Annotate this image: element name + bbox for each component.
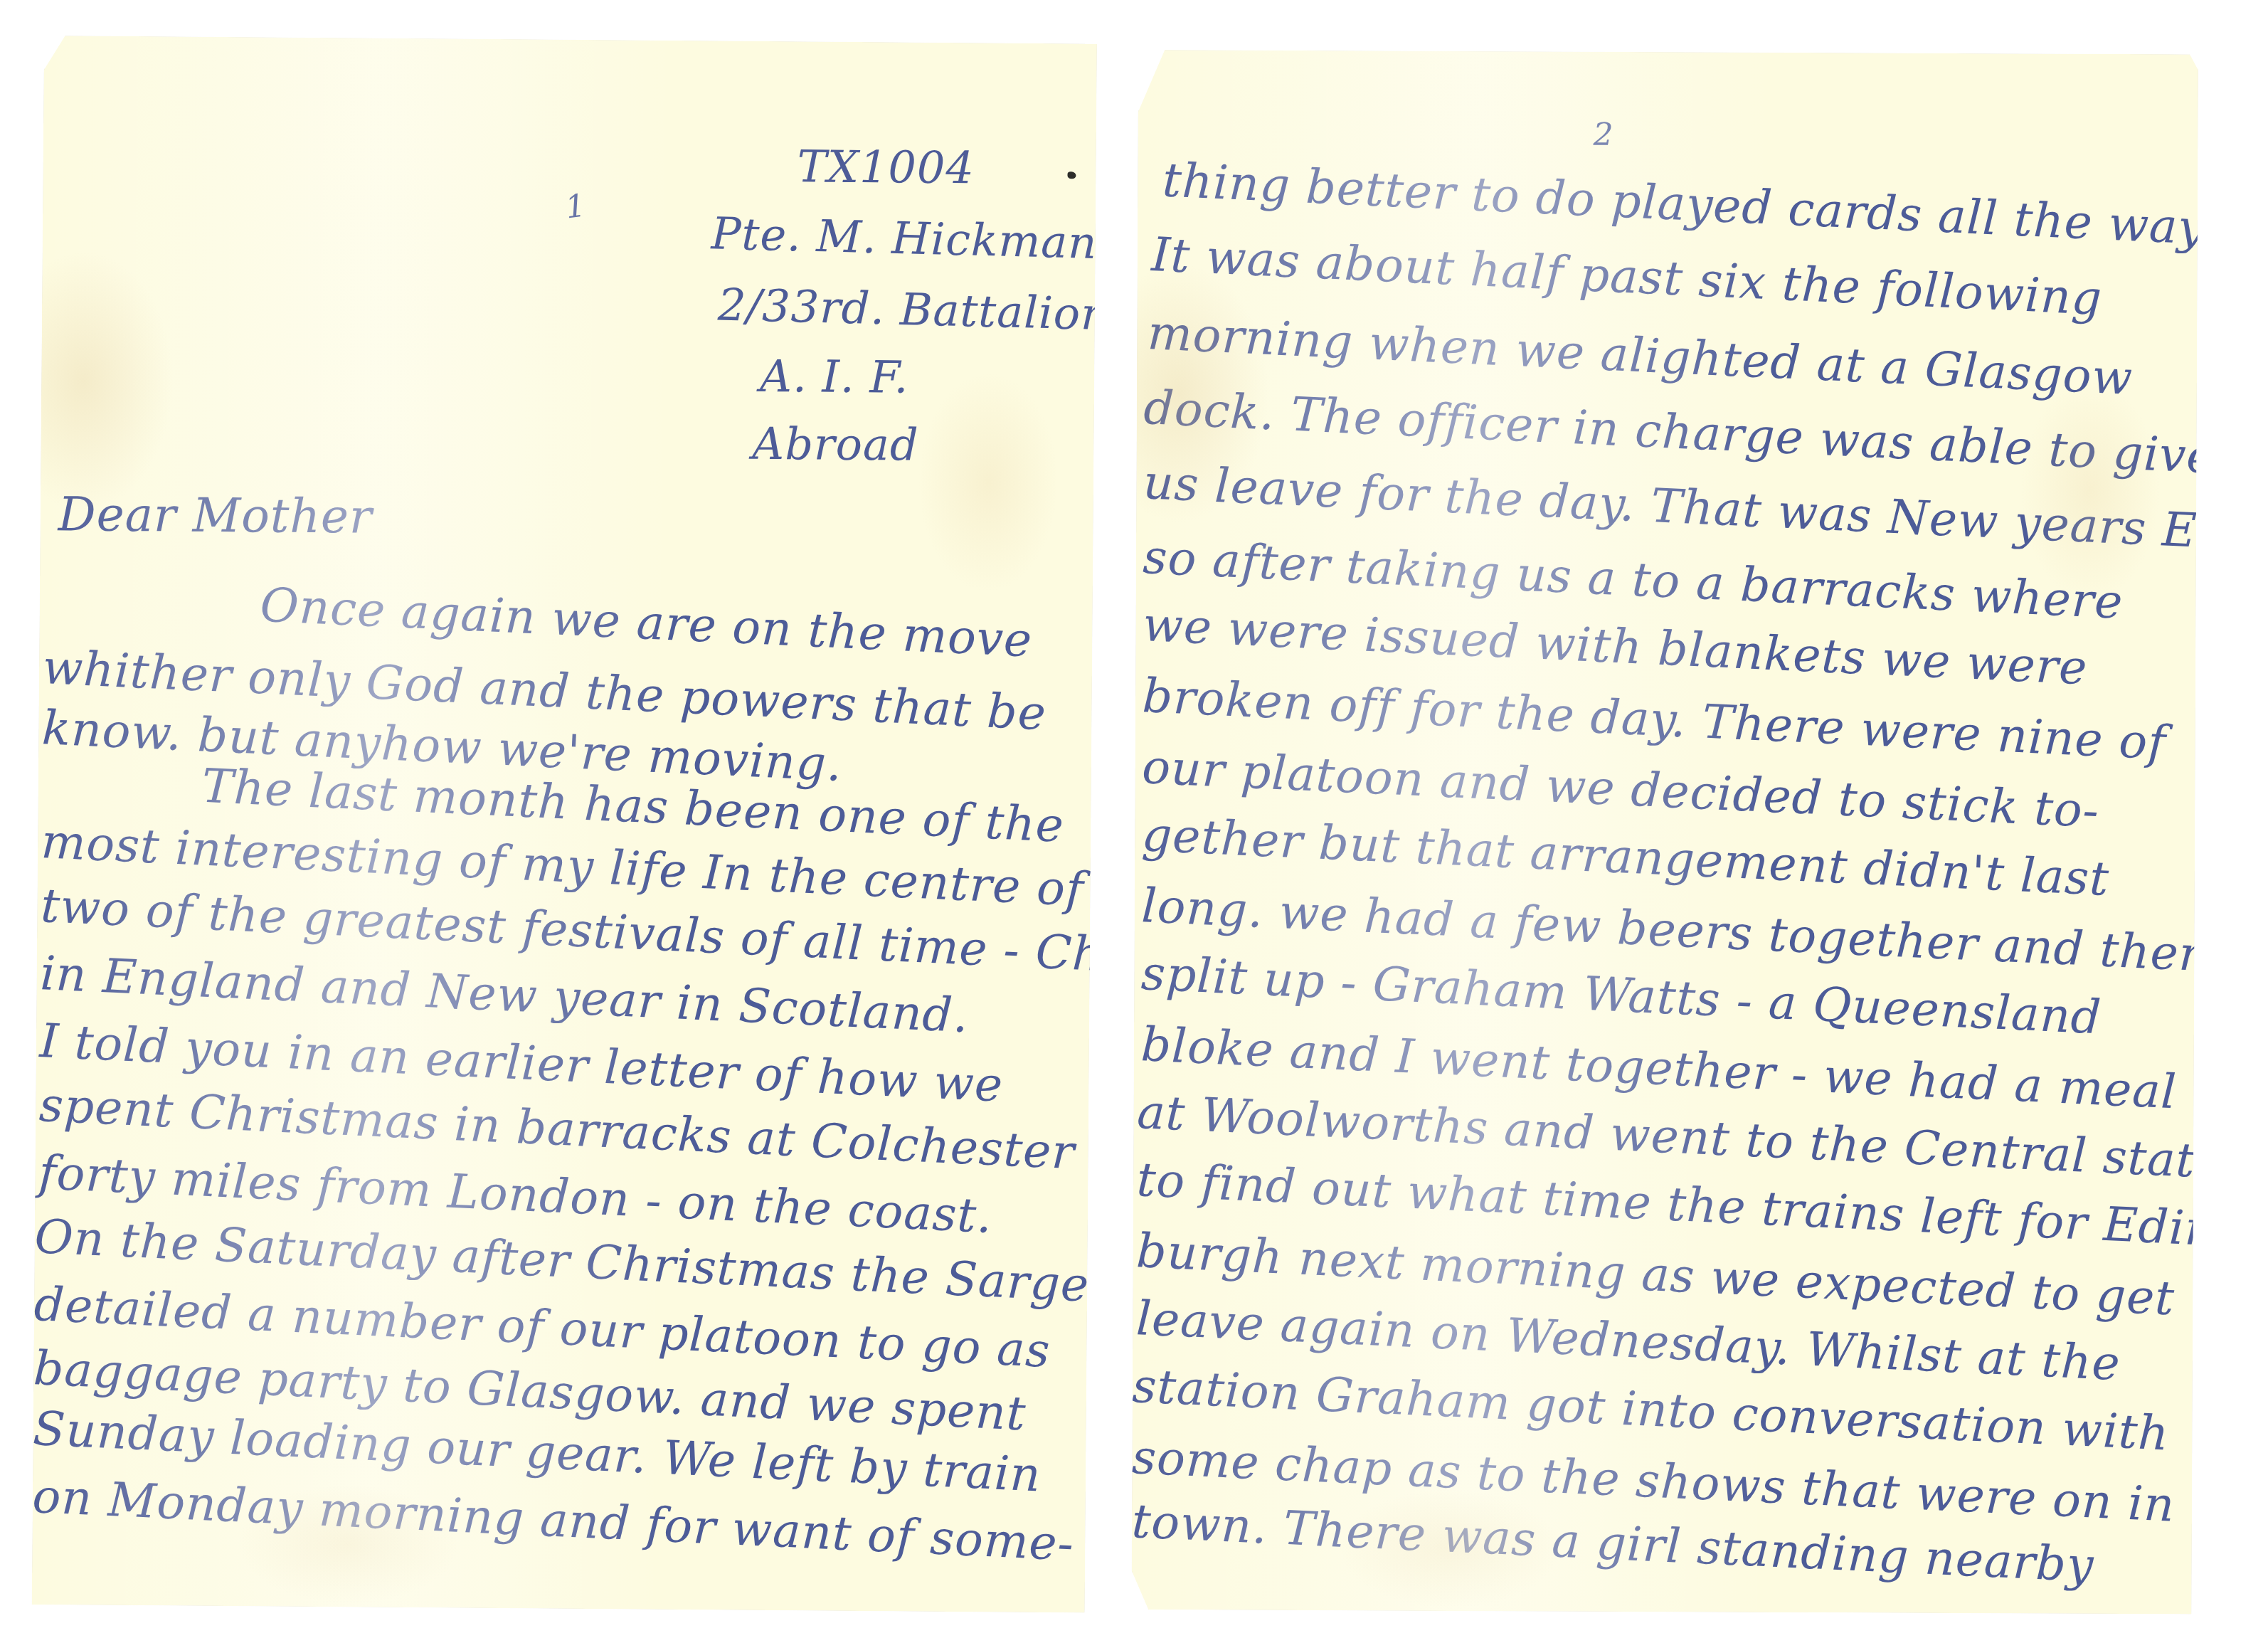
sender-unit: 2/33rd. Battalion	[717, 282, 1111, 337]
letter-page-1: 1 TX1004 Pte. M. Hickman 2/33rd. Battali…	[32, 36, 1097, 1613]
letter-line: It was about half past six the following	[1150, 231, 2103, 322]
salutation: Dear Mother	[58, 491, 372, 540]
letter-page-2: 2 thing better to do played cards all th…	[1131, 50, 2198, 1614]
page-number-marker: 1	[563, 190, 588, 223]
sender-force: A. I. F.	[760, 354, 909, 400]
service-number: TX1004	[797, 144, 975, 190]
sender-location: Abroad	[752, 422, 919, 467]
page-number-marker: 2	[1593, 120, 1613, 151]
sender-name: Pte. M. Hickman	[711, 211, 1098, 265]
letter-line: Once again we are on the move	[259, 581, 1033, 664]
ink-speck	[1067, 171, 1076, 179]
